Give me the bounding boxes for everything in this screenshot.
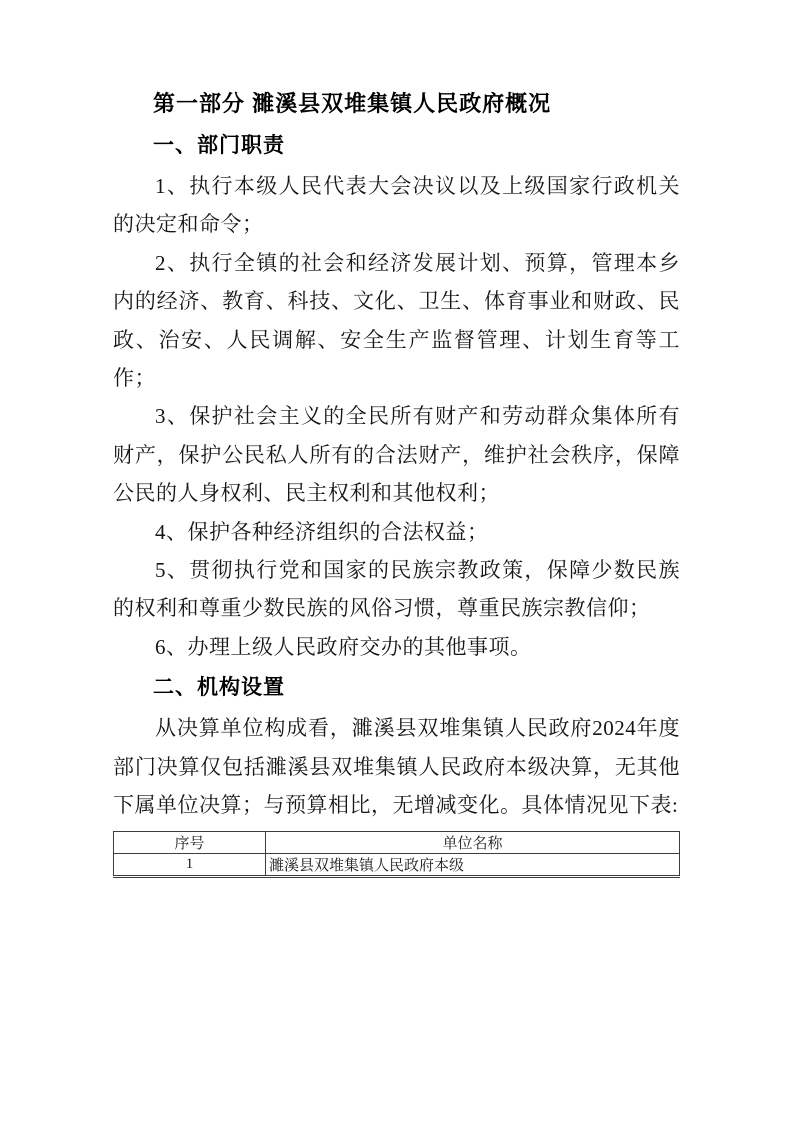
section-heading-duties: 一、部门职责 <box>113 133 680 158</box>
unit-table: 序号 单位名称 1 濉溪县双堆集镇人民政府本级 <box>113 831 680 878</box>
table-row: 1 濉溪县双堆集镇人民政府本级 <box>114 853 680 876</box>
duty-item-6: 6、办理上级人民政府交办的其他事项。 <box>113 628 680 666</box>
duty-item-1: 1、执行本级人民代表大会决议以及上级国家行政机关的决定和命令； <box>113 167 680 244</box>
document-title: 第一部分 濉溪县双堆集镇人民政府概况 <box>113 90 680 117</box>
unit-table-cell-unit-name: 濉溪县双堆集镇人民政府本级 <box>266 853 680 876</box>
duties-list: 1、执行本级人民代表大会决议以及上级国家行政机关的决定和命令； 2、执行全镇的社… <box>113 167 680 666</box>
unit-table-header-unit-name: 单位名称 <box>266 831 680 853</box>
organization-paragraphs: 从决算单位构成看，濉溪县双堆集镇人民政府2024年度部门决算仅包括濉溪县双堆集镇… <box>113 709 680 824</box>
duty-item-4: 4、保护各种经济组织的合法权益； <box>113 513 680 551</box>
duty-item-3: 3、保护社会主义的全民所有财产和劳动群众集体所有财产，保护公民私人所有的合法财产… <box>113 397 680 512</box>
unit-table-cell-seq: 1 <box>114 853 266 876</box>
unit-table-header-row: 序号 单位名称 <box>114 831 680 853</box>
section-heading-organization: 二、机构设置 <box>113 675 680 700</box>
unit-table-header-seq: 序号 <box>114 831 266 853</box>
duty-item-5: 5、贯彻执行党和国家的民族宗教政策，保障少数民族的权利和尊重少数民族的风俗习惯，… <box>113 551 680 628</box>
organization-paragraph: 从决算单位构成看，濉溪县双堆集镇人民政府2024年度部门决算仅包括濉溪县双堆集镇… <box>113 709 680 824</box>
document-page: 第一部分 濉溪县双堆集镇人民政府概况 一、部门职责 1、执行本级人民代表大会决议… <box>0 0 793 1122</box>
duty-item-2: 2、执行全镇的社会和经济发展计划、预算，管理本乡内的经济、教育、科技、文化、卫生… <box>113 244 680 398</box>
